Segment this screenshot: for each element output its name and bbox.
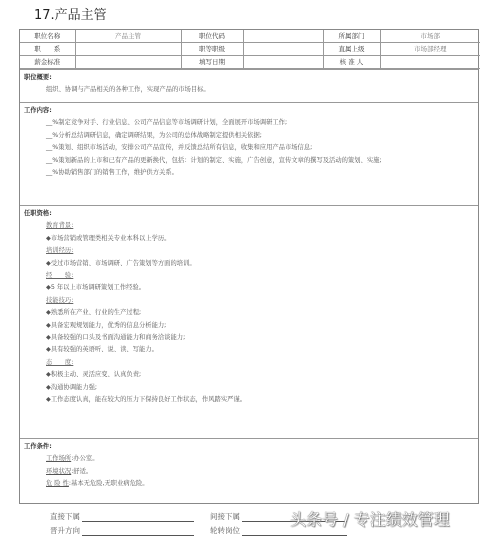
value-cell: 市场部 xyxy=(380,30,480,43)
qualification-subtitle: 态 度: xyxy=(24,357,474,369)
duty-item: __%制定竞争对手、行业信息、公司产品信息等市场调研计划，全面展开市场调研工作; xyxy=(24,117,474,129)
field-label: 直接下属 xyxy=(50,511,80,522)
info-row: 职 系 职等职级 直属上级 市场部经理 xyxy=(20,43,480,56)
fill-line xyxy=(82,513,194,522)
qualification-bullet: ◆具备较强的口头及书面沟通能力和商务洽谈能力; xyxy=(24,332,474,344)
duty-item: __%协助销售部门的销售工作，维护供方关系。 xyxy=(24,167,474,179)
qualification-subtitle: 经 验: xyxy=(24,270,474,282)
section-heading: 任职资格: xyxy=(24,208,474,220)
document-title: 17.产品主管 xyxy=(34,4,107,23)
value-cell xyxy=(380,56,480,69)
qualification-bullet: ◆沟通协调能力强; xyxy=(24,382,474,394)
section-heading: 工作条件: xyxy=(24,441,474,453)
job-description-form: 职位名称 产品主管 职位代码 所属部门 市场部 职 系 职等职级 直属上级 市场… xyxy=(19,29,479,504)
qualification-bullet: ◆受过市场营销、市场调研、广告策划等方面的培训。 xyxy=(24,258,474,270)
value-cell xyxy=(243,56,323,69)
qualifications-section: 任职资格: 教育背景: ◆市场营销或管理类相关专业本科以上学历。 培训经历: ◆… xyxy=(20,205,478,438)
section-heading: 工作内容: xyxy=(24,105,474,117)
qualification-subtitle: 培训经历: xyxy=(24,245,474,257)
duty-item: __%分析总结调研信息，确定调研结果，为公司的总体战略制定提供相关依据; xyxy=(24,130,474,142)
summary-section: 职位概要: 组织、协调与产品相关的各种工作，实现产品的市场目标。 xyxy=(20,69,478,102)
condition-value: :办公室。 xyxy=(71,455,98,462)
label-cell: 所属部门 xyxy=(323,30,380,43)
condition-label: 环境状况 xyxy=(46,468,71,475)
qualification-bullet: ◆积极主动、灵活应变、认真负责; xyxy=(24,369,474,381)
qualification-bullet: ◆熟悉所在产业、行业的生产过程; xyxy=(24,307,474,319)
qualification-bullet: ◆具备宏观规划能力，优秀的信息分析能力; xyxy=(24,320,474,332)
info-table: 职位名称 产品主管 职位代码 所属部门 市场部 职 系 职等职级 直属上级 市场… xyxy=(20,30,480,69)
duty-item: __%策划新品的上市和已有产品的更新换代，包括：计划的制定、实施，广告创意，宣传… xyxy=(24,155,474,167)
conditions-section: 工作条件: 工作场所:办公室。 环境状况:舒适。 危 险 性:基本无危险,无职业… xyxy=(20,438,478,504)
label-cell: 填写日期 xyxy=(181,56,243,69)
condition-item: 环境状况:舒适。 xyxy=(24,466,474,478)
duties-section: 工作内容: __%制定竞争对手、行业信息、公司产品信息等市场调研计划，全面展开市… xyxy=(20,102,478,205)
field-label: 晋升方向 xyxy=(50,525,80,536)
info-row: 薪金标准 填写日期 核 准 人 xyxy=(20,56,480,69)
value-cell xyxy=(75,56,181,69)
label-cell: 直属上级 xyxy=(323,43,380,56)
value-cell: 产品主管 xyxy=(75,30,181,43)
condition-label: 危 险 性 xyxy=(46,480,69,487)
watermark: 头条号 / 专注绩效管理 xyxy=(290,507,450,530)
qualification-bullet: ◆5 年以上市场调研策划工作经验。 xyxy=(24,282,474,294)
fill-line xyxy=(82,527,194,536)
qualification-bullet: ◆工作态度认真，能在较大的压力下保持良好工作状态，作风踏实严谨。 xyxy=(24,394,474,406)
label-cell: 薪金标准 xyxy=(20,56,75,69)
condition-label: 工作场所 xyxy=(46,455,71,462)
field-label: 间接下属 xyxy=(210,511,240,522)
summary-text: 组织、协调与产品相关的各种工作，实现产品的市场目标。 xyxy=(24,84,474,96)
value-cell xyxy=(75,43,181,56)
value-cell xyxy=(243,30,323,43)
label-cell: 职位代码 xyxy=(181,30,243,43)
condition-value: :基本无危险,无职业病危险。 xyxy=(69,480,149,487)
condition-item: 危 险 性:基本无危险,无职业病危险。 xyxy=(24,478,474,490)
qualification-subtitle: 教育背景: xyxy=(24,220,474,232)
info-row: 职位名称 产品主管 职位代码 所属部门 市场部 xyxy=(20,30,480,43)
duty-item: __%策划、组织市场活动，安排公司产品宣传，并反馈总结所有信息，收集和应用产品市… xyxy=(24,142,474,154)
label-cell: 职 系 xyxy=(20,43,75,56)
condition-item: 工作场所:办公室。 xyxy=(24,453,474,465)
value-cell: 市场部经理 xyxy=(380,43,480,56)
label-cell: 职等职级 xyxy=(181,43,243,56)
qualification-bullet: ◆具有较强的英语听、说、读、写能力。 xyxy=(24,344,474,356)
qualification-bullet: ◆市场营销或管理类相关专业本科以上学历。 xyxy=(24,233,474,245)
label-cell: 职位名称 xyxy=(20,30,75,43)
section-heading: 职位概要: xyxy=(24,72,474,84)
field-label: 轮转岗位 xyxy=(210,525,240,536)
value-cell xyxy=(243,43,323,56)
label-cell: 核 准 人 xyxy=(323,56,380,69)
condition-value: :舒适。 xyxy=(71,468,92,475)
qualification-subtitle: 技能技巧: xyxy=(24,295,474,307)
